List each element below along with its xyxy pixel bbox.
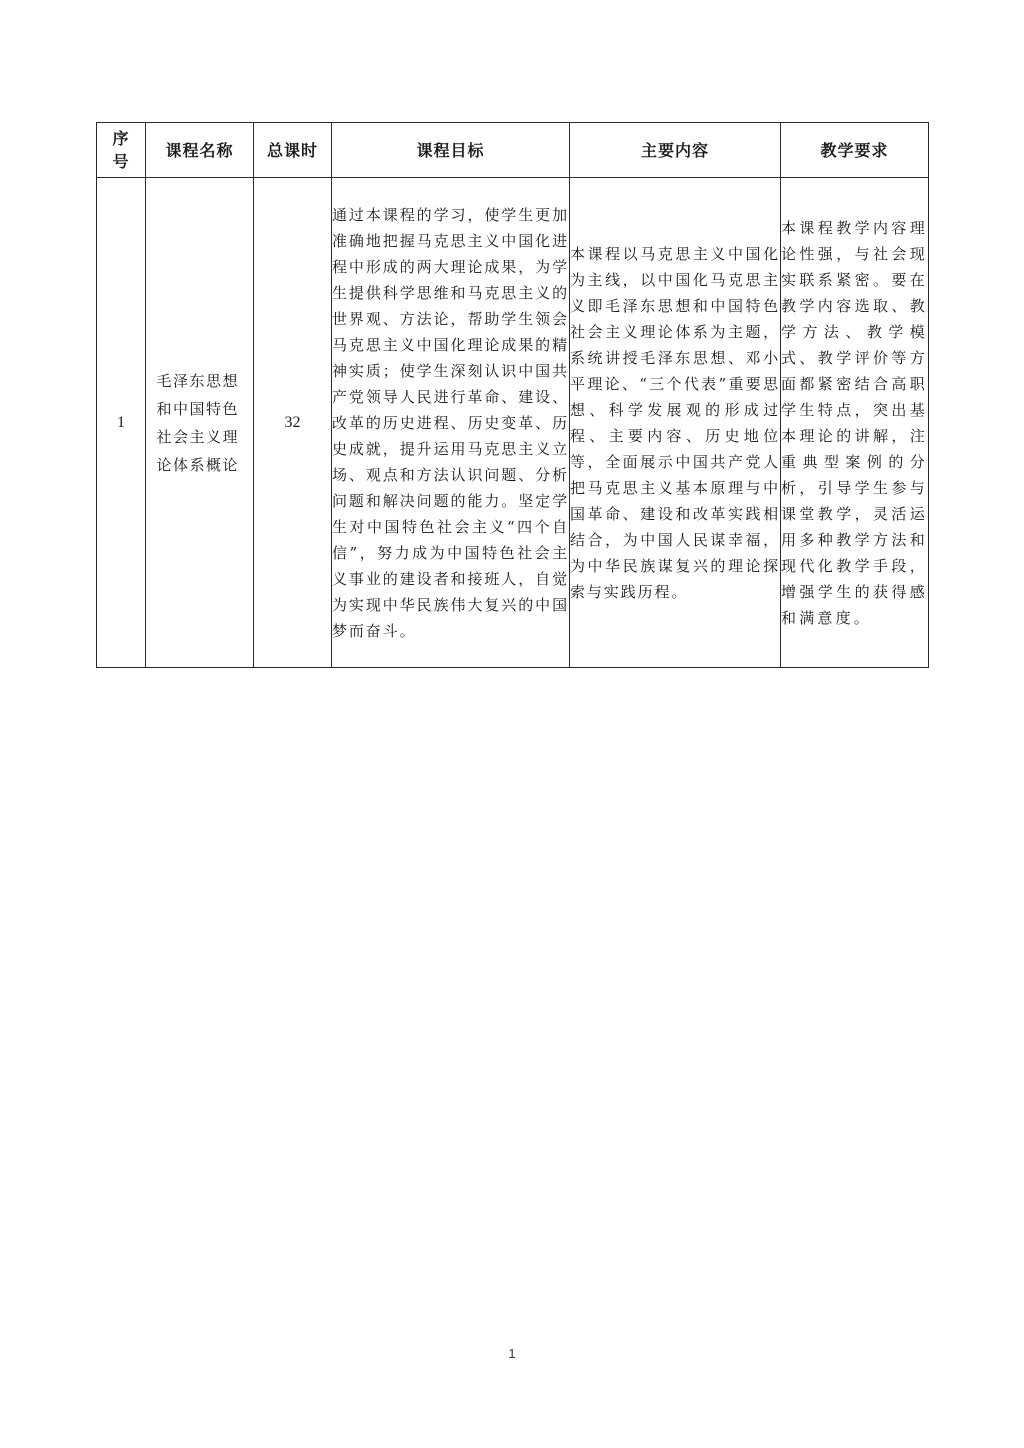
cell-total-hours: 32 [254, 178, 332, 668]
header-content-label: 主要内容 [641, 139, 709, 162]
goal-text: 通过本课程的学习，使学生更加准确地把握马克思主义中国化进程中形成的两大理论成果，… [332, 202, 569, 644]
course-name-text: 毛泽东思想和中国特色社会主义理论体系概论 [157, 367, 243, 479]
header-course-name: 课程名称 [146, 123, 254, 178]
header-requirements-label: 教学要求 [820, 139, 888, 162]
table-row: 1 毛泽东思想和中国特色社会主义理论体系概论 32 通过本课程的学习，使学生更加… [97, 178, 929, 668]
requirements-text: 本课程教学内容理论性强，与社会现实联系紧密。要在教学内容选取、教学方法、教学模式… [781, 215, 928, 631]
header-total-hours-label: 总课时 [267, 139, 318, 162]
page-number: 1 [0, 1346, 1024, 1361]
course-table: 序号 课程名称 总课时 课程目标 主要内容 教学要求 1 毛泽东思想和中国特色社… [96, 122, 929, 668]
header-requirements: 教学要求 [781, 123, 929, 178]
header-seq: 序号 [97, 123, 146, 178]
header-content: 主要内容 [570, 123, 781, 178]
document-page: 序号 课程名称 总课时 课程目标 主要内容 教学要求 1 毛泽东思想和中国特色社… [0, 0, 1024, 1448]
cell-course-name: 毛泽东思想和中国特色社会主义理论体系概论 [146, 178, 254, 668]
header-course-name-label: 课程名称 [165, 139, 233, 162]
content-text: 本课程以马克思主义中国化为主线，以中国化马克思主义即毛泽东思想和中国特色社会主义… [570, 241, 780, 605]
header-goal-label: 课程目标 [416, 139, 484, 162]
cell-content: 本课程以马克思主义中国化为主线，以中国化马克思主义即毛泽东思想和中国特色社会主义… [570, 178, 781, 668]
header-goal: 课程目标 [332, 123, 570, 178]
cell-goal: 通过本课程的学习，使学生更加准确地把握马克思主义中国化进程中形成的两大理论成果，… [332, 178, 570, 668]
header-seq-label: 序号 [112, 127, 130, 173]
cell-seq: 1 [97, 178, 146, 668]
header-total-hours: 总课时 [254, 123, 332, 178]
cell-requirements: 本课程教学内容理论性强，与社会现实联系紧密。要在教学内容选取、教学方法、教学模式… [781, 178, 929, 668]
table-header-row: 序号 课程名称 总课时 课程目标 主要内容 教学要求 [97, 123, 929, 178]
